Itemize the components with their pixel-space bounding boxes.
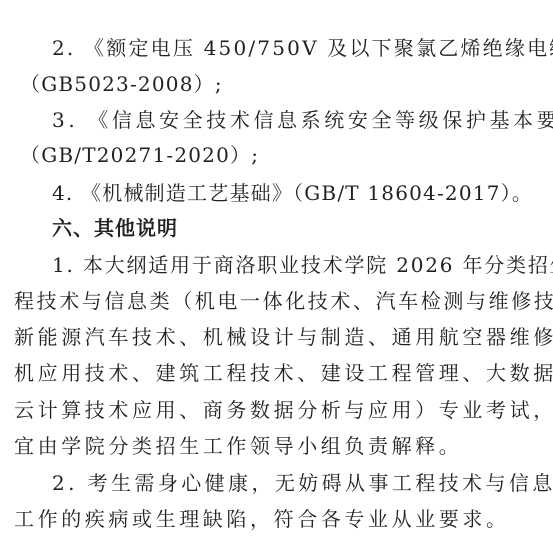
paragraph-1-line-5: 云计算技术应用、商务数据分析与应用）专业考试，未尽事: [14, 398, 553, 422]
document-page: 2. 《额定电压 450/750V 及以下聚氯乙烯绝缘电缆》 （GB5023-2…: [0, 0, 553, 548]
paragraph-2-line-2: 工作的疾病或生理缺陷，符合各专业从业要求。: [14, 507, 510, 531]
paragraph-1-line-1: 1. 本大纲适用于商洛职业技术学院 2026 年分类招生工: [52, 253, 553, 277]
paragraph-1-line-4: 机应用技术、建筑工程技术、建设工程管理、大数据技术、: [14, 361, 553, 385]
reference-item-4: 4. 《机械制造工艺基础》（GB/T 18604-2017）。: [52, 181, 533, 205]
paragraph-1-line-2: 程技术与信息类（机电一体化技术、汽车检测与维修技术、: [14, 289, 553, 313]
reference-item-2: 2. 《额定电压 450/750V 及以下聚氯乙烯绝缘电缆》: [52, 36, 553, 60]
paragraph-1-line-3: 新能源汽车技术、机械设计与制造、通用航空器维修、无人: [14, 325, 553, 349]
paragraph-1-line-6: 宜由学院分类招生工作领导小组负责解释。: [14, 434, 462, 458]
reference-item-3-code: （GB/T20271-2020）;: [20, 143, 259, 167]
reference-item-2-code: （GB5023-2008）;: [20, 72, 223, 96]
reference-item-3: 3. 《信息安全技术信息系统安全等级保护基本要求》: [52, 108, 553, 132]
section-heading: 六、其他说明: [52, 216, 178, 240]
paragraph-2-line-1: 2. 考生需身心健康，无妨碍从事工程技术与信息类相关: [52, 471, 553, 495]
